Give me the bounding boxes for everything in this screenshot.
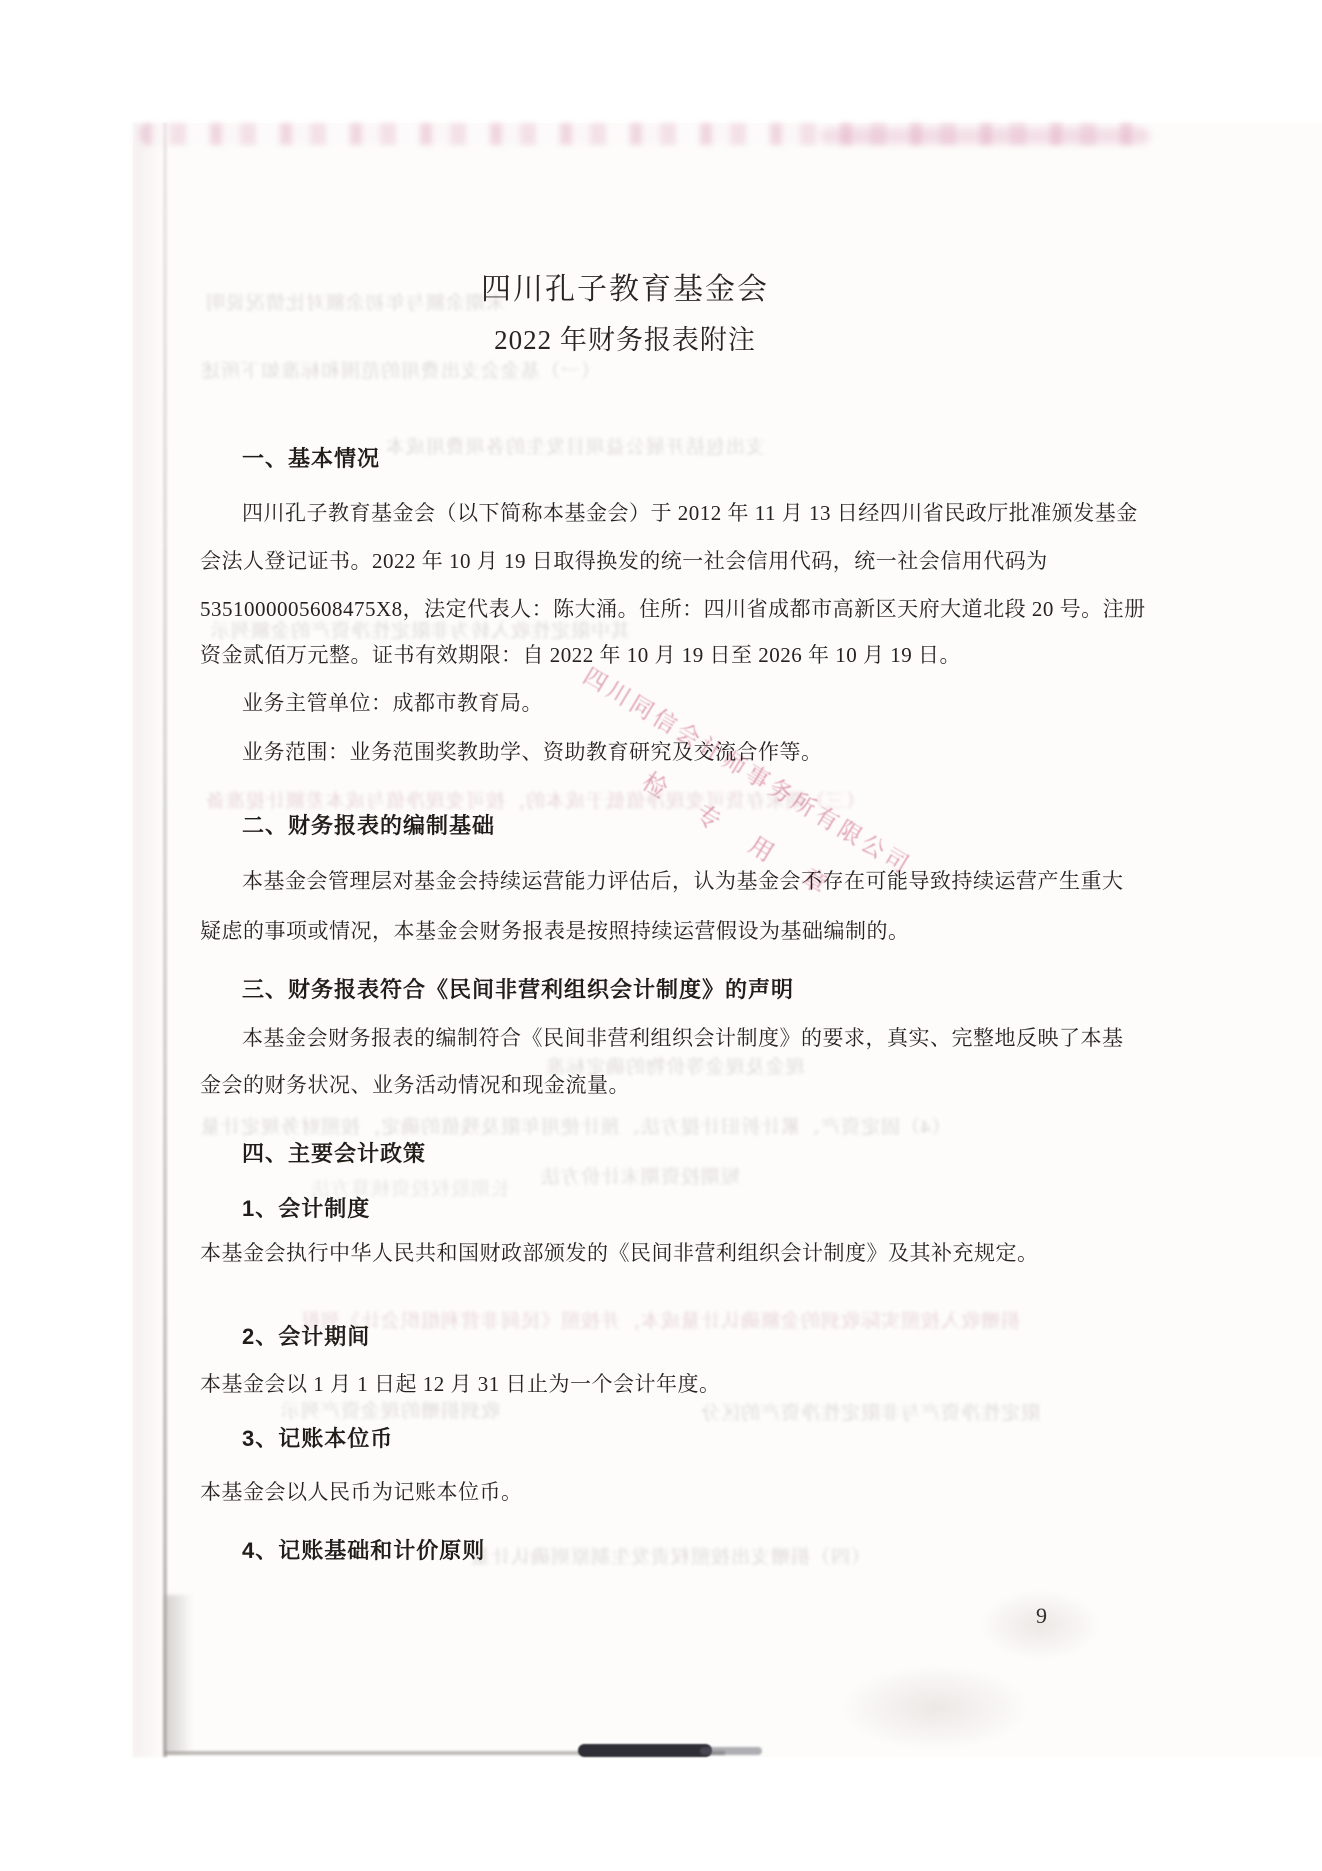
scan-blotch xyxy=(840,1665,1030,1750)
bleed-through-text: 收到捐赠的现金资产列示 xyxy=(280,1396,500,1423)
paragraph-line: 会法人登记证书。2022 年 10 月 19 日取得换发的统一社会信用代码，统一… xyxy=(200,549,1048,574)
section-heading-basic-info: 一、基本情况 xyxy=(242,446,380,472)
paragraph-line: 本基金会管理层对基金会持续运营能力评估后，认为基金会不存在可能导致持续运营产生重… xyxy=(242,869,1124,894)
bleed-through-text: （四）捐赠支出按照权责发生制原则确认计量 xyxy=(470,1542,870,1569)
bleed-through-text: 限定性净资产与非限定性净资产的区分 xyxy=(700,1398,1040,1425)
paragraph-line-supervisor: 业务主管单位：成都市教育局。 xyxy=(242,691,543,716)
paragraph-line: 本基金会执行中华人民共和国财政部颁发的《民间非营利组织会计制度》及其补充规定。 xyxy=(200,1241,1039,1266)
paper-left-edge-tint xyxy=(133,123,163,1757)
bleed-through-text: （一）基金会支出费用的范围和标准如下所述 xyxy=(200,356,600,383)
document-subtitle: 2022 年财务报表附注 xyxy=(200,324,1050,356)
paragraph-line: 本基金会以 1 月 1 日起 12 月 31 日止为一个会计年度。 xyxy=(200,1372,721,1397)
bleed-through-text: 捐赠收入按照实际收到的金额确认计量成本，并按照《民间非营利组织会计》列报 xyxy=(300,1306,1020,1333)
paragraph-line: 资金贰佰万元整。证书有效期限：自 2022 年 10 月 19 日至 2026 … xyxy=(200,643,961,668)
section-heading-compliance-statement: 三、财务报表符合《民间非营利组织会计制度》的声明 xyxy=(242,977,794,1003)
paragraph-line: 5351000005608475X8，法定代表人：陈大涌。住所：四川省成都市高新… xyxy=(200,597,1146,622)
paragraph-line: 四川孔子教育基金会（以下简称本基金会）于 2012 年 11 月 13 日经四川… xyxy=(242,501,1138,526)
bleed-through-text: 支出包括开展公益项目发生的各项费用成本 xyxy=(385,432,765,459)
page-number: 9 xyxy=(1036,1603,1047,1629)
scan-smudge-gray xyxy=(700,1747,762,1755)
scan-smudge-dark xyxy=(578,1744,712,1757)
document-title: 四川孔子教育基金会 xyxy=(200,272,1050,308)
sub-heading-functional-currency: 3、记账本位币 xyxy=(242,1426,393,1452)
scan-noise-band-top-right xyxy=(820,128,1150,144)
paragraph-line: 本基金会财务报表的编制符合《民间非营利组织会计制度》的要求，真实、完整地反映了本… xyxy=(242,1026,1124,1051)
paper-left-edge-shadow xyxy=(163,123,167,1757)
bleed-through-text: （4）固定资产、累计折旧计提方法、预计使用年限及残值的确定，按照财务规定计量 xyxy=(200,1112,951,1139)
paragraph-line: 疑虑的事项或情况，本基金会财务报表是按照持续运营假设为基础编制的。 xyxy=(200,919,910,944)
bleed-through-text: 短期投资期末计价方法 xyxy=(540,1162,740,1189)
sub-heading-measurement-basis: 4、记账基础和计价原则 xyxy=(242,1538,485,1564)
paragraph-line: 金会的财务状况、业务活动情况和现金流量。 xyxy=(200,1073,630,1098)
section-heading-accounting-policies: 四、主要会计政策 xyxy=(242,1141,426,1167)
paper-bottom-left-corner-shadow xyxy=(165,1595,193,1753)
section-heading-preparation-basis: 二、财务报表的编制基础 xyxy=(242,813,495,839)
sub-heading-accounting-period: 2、会计期间 xyxy=(242,1324,370,1350)
paragraph-line: 本基金会以人民币为记账本位币。 xyxy=(200,1480,523,1505)
scanned-document-page: { "document": { "title": "四川孔子教育基金会", "s… xyxy=(0,0,1322,1871)
sub-heading-accounting-system: 1、会计制度 xyxy=(242,1196,370,1222)
